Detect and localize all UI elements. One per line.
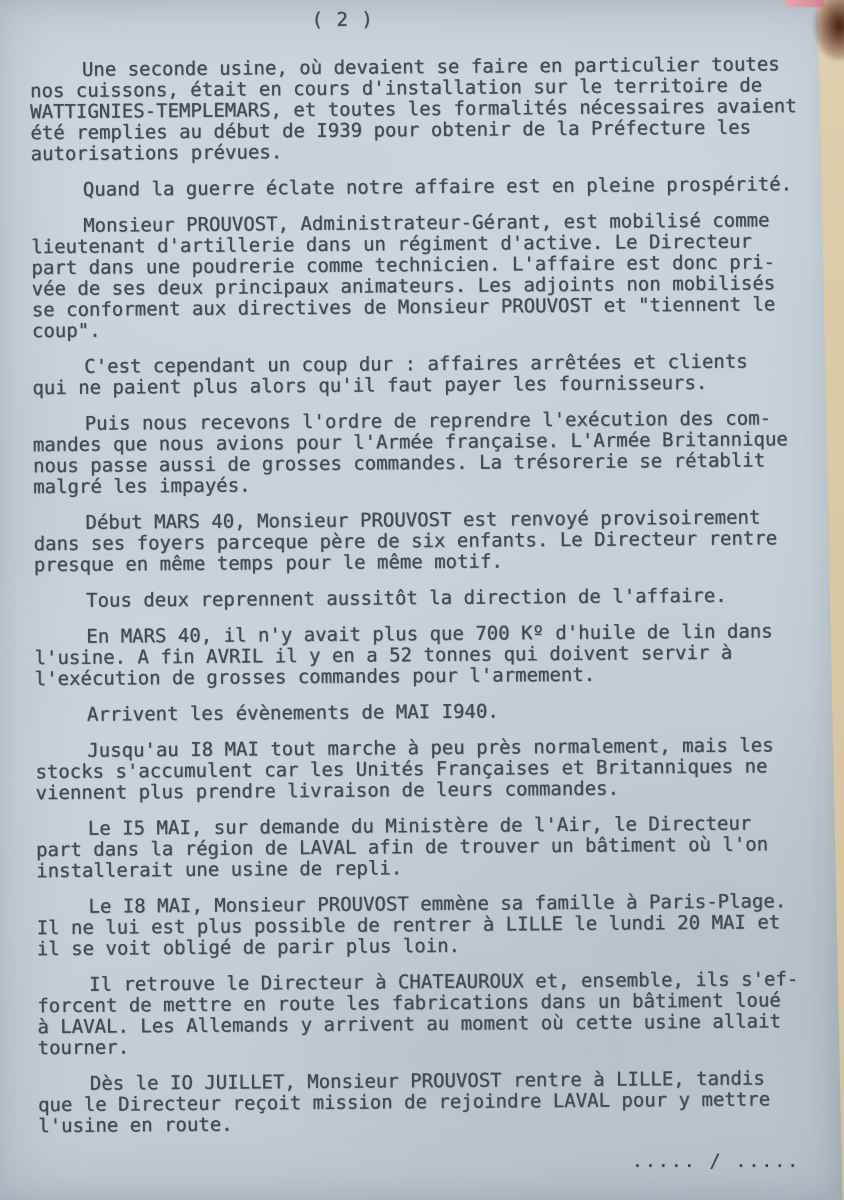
paragraph-6: Début MARS 40, Monsieur PROUVOST est ren… <box>33 507 844 576</box>
paragraph-7: Tous deux reprennent aussitôt la directi… <box>34 585 844 612</box>
paragraph-12: Le I8 MAI, Monsieur PROUVOST emmène sa f… <box>36 891 844 960</box>
paragraph-1: Une seconde usine, où devaient se faire … <box>30 54 843 165</box>
paragraph-13: Il retrouve le Directeur à CHATEAUROUX e… <box>37 969 844 1059</box>
paragraph-14: Dès le IO JUILLET, Monsieur PROUVOST ren… <box>38 1068 844 1137</box>
document-page: ( 2 ) Une seconde usine, où devaient se … <box>0 0 844 1200</box>
paragraph-9: Arrivent les évènements de MAI I940. <box>35 699 844 726</box>
photo-edge-strip <box>786 0 824 7</box>
paragraph-8: En MARS 40, il n'y avait plus que 700 Kº… <box>34 621 844 690</box>
paragraph-10: Jusqu'au I8 MAI tout marche à peu près n… <box>35 735 844 804</box>
page-number: ( 2 ) <box>311 6 841 31</box>
paragraph-3: Monsieur PROUVOST, Administrateur-Gérant… <box>31 210 844 342</box>
paragraph-11: Le I5 MAI, sur demande du Ministère de l… <box>36 813 844 882</box>
paragraph-4: C'est cependant un coup dur : affaires a… <box>32 351 844 399</box>
continuation-mark: ..... / ..... <box>632 1150 800 1172</box>
paragraph-5: Puis nous recevons l'ordre de reprendre … <box>33 408 844 498</box>
dark-corner-object <box>804 0 844 72</box>
typewritten-text: ( 2 ) Une seconde usine, où devaient se … <box>0 0 844 1152</box>
paragraph-2: Quand la guerre éclate notre affaire est… <box>31 174 843 201</box>
